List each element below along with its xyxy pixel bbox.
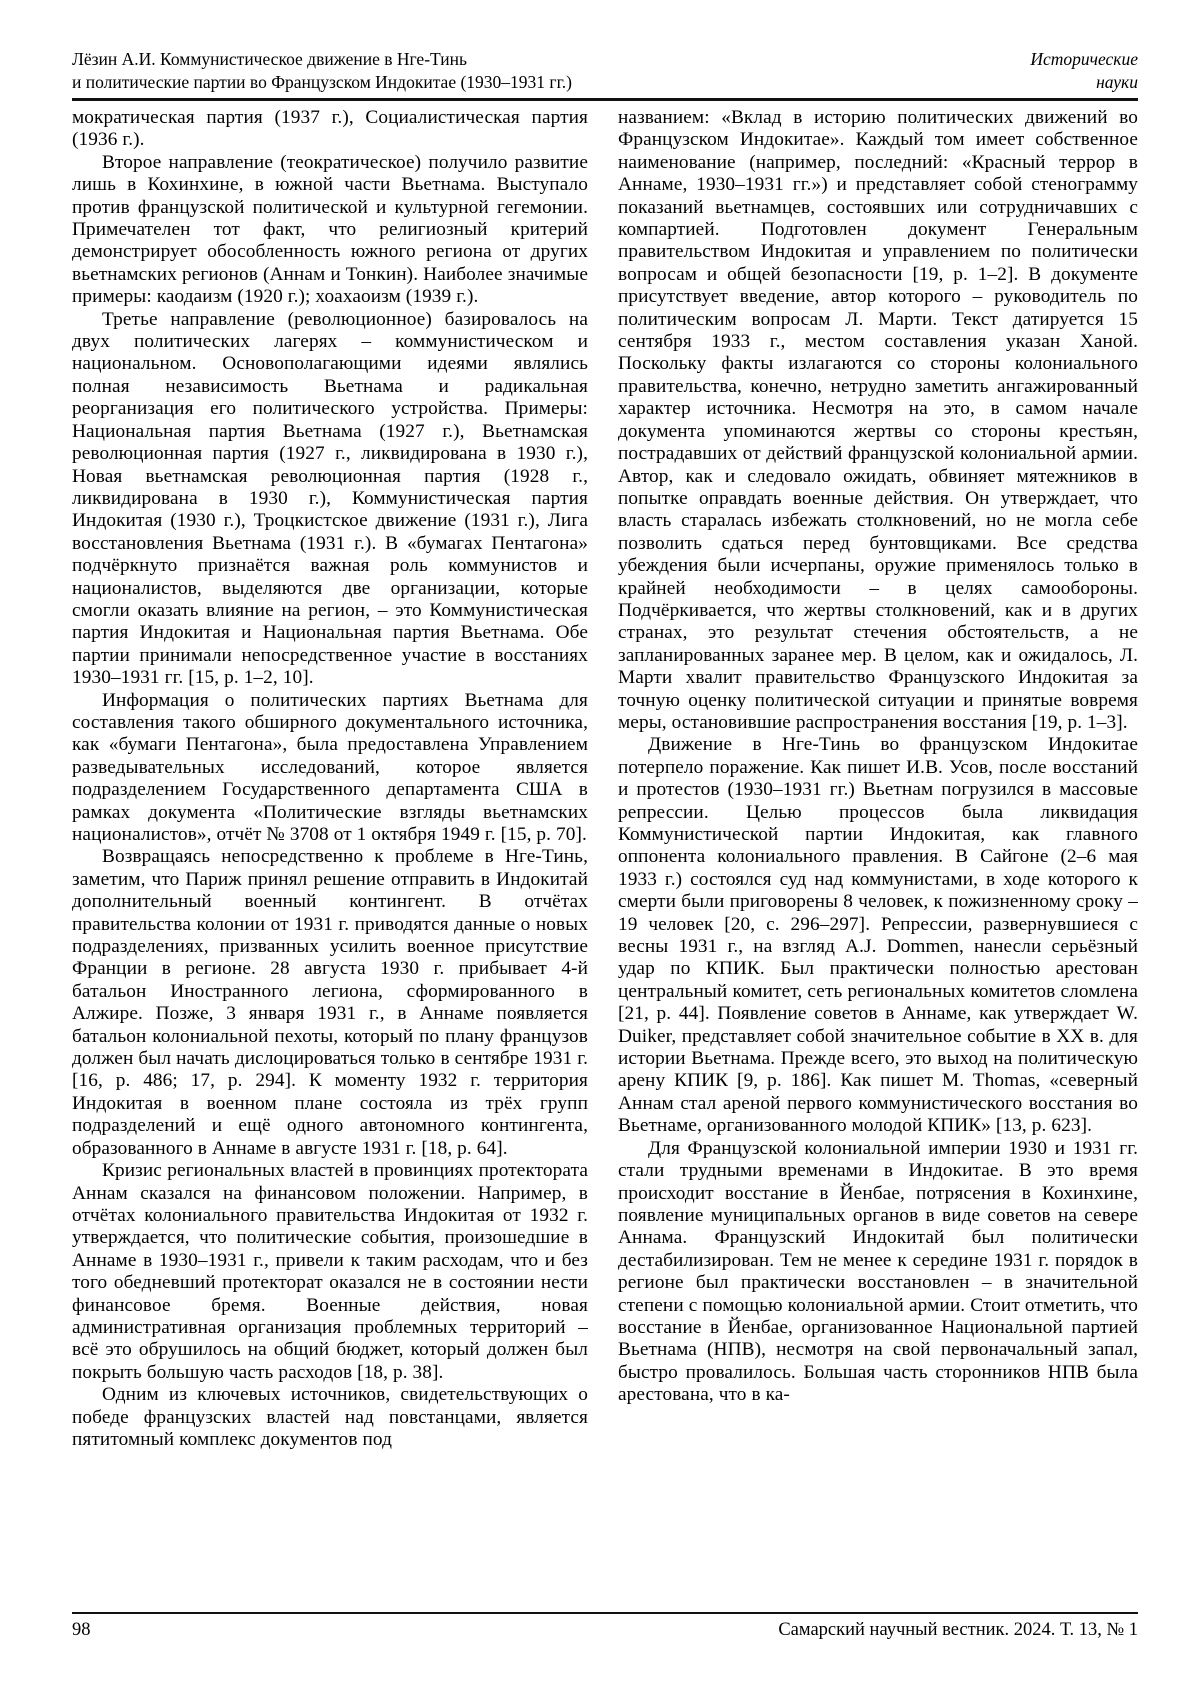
paragraph: Возвращаясь непосредственно к проблеме в… xyxy=(72,846,588,1160)
section-label-line2: науки xyxy=(1030,71,1138,94)
text-column-left: мократическая партия (1937 г.), Социалис… xyxy=(72,107,588,1609)
running-title-line2: и политические партии во Французском Инд… xyxy=(72,71,572,94)
page-number: 98 xyxy=(72,1620,91,1641)
header-divider xyxy=(72,98,1138,101)
journal-title-footer: Самарский научный вестник. 2024. Т. 13, … xyxy=(778,1620,1138,1641)
paragraph: названием: «Вклад в историю политических… xyxy=(618,107,1138,734)
section-label: Исторические науки xyxy=(1030,48,1138,94)
paragraph: Второе направление (теократическое) полу… xyxy=(72,152,588,309)
paragraph: Информация о политических партиях Вьетна… xyxy=(72,690,588,847)
footer-divider xyxy=(72,1612,1138,1614)
section-label-line1: Исторические xyxy=(1030,48,1138,71)
paragraph: мократическая партия (1937 г.), Социалис… xyxy=(72,107,588,152)
running-title-line1: Лёзин А.И. Коммунистическое движение в Н… xyxy=(72,48,572,71)
running-title: Лёзин А.И. Коммунистическое движение в Н… xyxy=(72,48,572,94)
paragraph: Движение в Нге-Тинь во французском Индок… xyxy=(618,734,1138,1137)
text-column-right: названием: «Вклад в историю политических… xyxy=(618,107,1138,1609)
running-header: Лёзин А.И. Коммунистическое движение в Н… xyxy=(72,48,1138,94)
paragraph: Третье направление (революционное) базир… xyxy=(72,309,588,690)
paragraph: Кризис региональных властей в провинциях… xyxy=(72,1160,588,1384)
running-footer: 98 Самарский научный вестник. 2024. Т. 1… xyxy=(72,1620,1138,1641)
article-body: мократическая партия (1937 г.), Социалис… xyxy=(72,107,1138,1609)
paragraph: Одним из ключевых источников, свидетельс… xyxy=(72,1384,588,1451)
journal-page: { "page": { "colors": { "text": "#000000… xyxy=(0,0,1200,1697)
paragraph: Для Французской колониальной империи 193… xyxy=(618,1138,1138,1407)
